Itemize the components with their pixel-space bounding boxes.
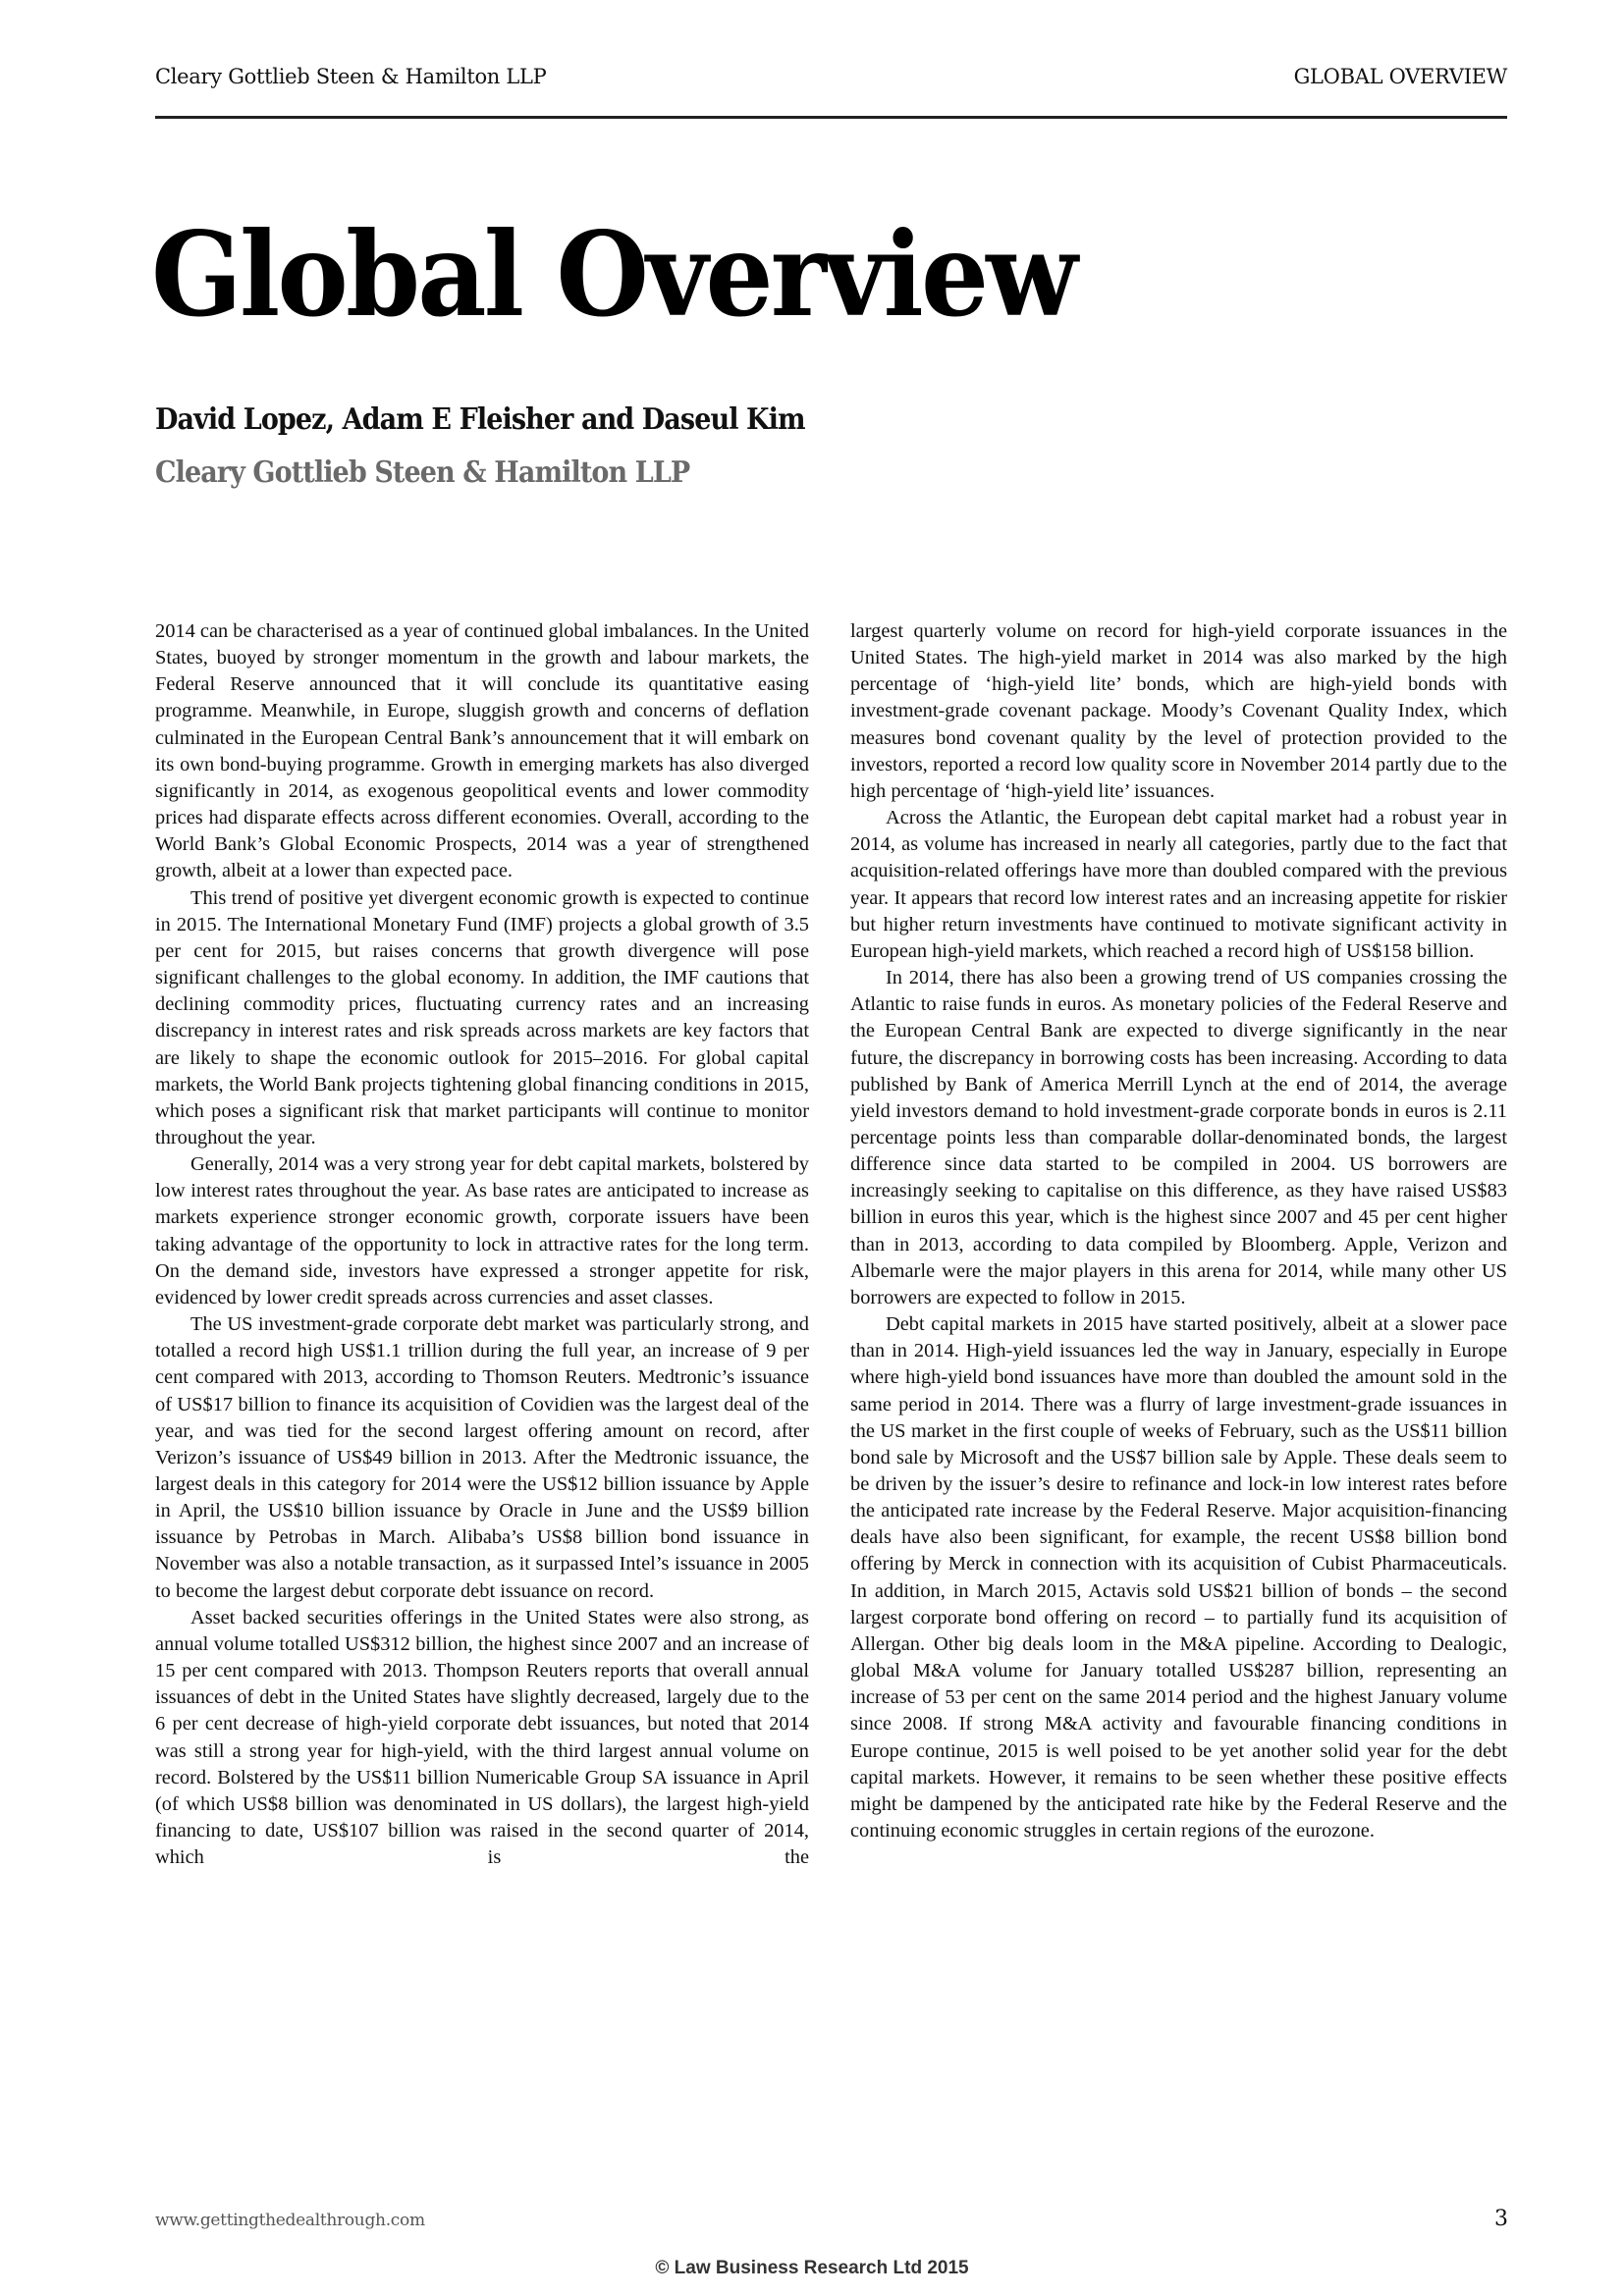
paragraph: largest quarterly volume on record for h… [850, 618, 1507, 805]
copyright-notice: © Law Business Research Ltd 2015 [0, 2258, 1624, 2279]
paragraph: Generally, 2014 was a very strong year f… [155, 1151, 809, 1311]
article-firm: Cleary Gottlieb Steen & Hamilton LLP [155, 454, 689, 493]
page-number: 3 [1494, 2207, 1508, 2231]
footer-website-link[interactable]: www.gettingthedealthrough.com [155, 2211, 425, 2230]
paragraph: Across the Atlantic, the European debt c… [850, 805, 1507, 965]
paragraph: Debt capital markets in 2015 have starte… [850, 1311, 1507, 1844]
header-rule-divider [155, 116, 1507, 119]
header-firm-name: Cleary Gottlieb Steen & Hamilton LLP [155, 65, 547, 88]
paragraph: 2014 can be characterised as a year of c… [155, 618, 809, 885]
paragraph: In 2014, there has also been a growing t… [850, 965, 1507, 1311]
article-authors: David Lopez, Adam E Fleisher and Daseul … [155, 400, 805, 440]
body-column-right: largest quarterly volume on record for h… [850, 618, 1507, 1844]
page-title: Global Overview [151, 206, 1075, 344]
header-section-title: GLOBAL OVERVIEW [1294, 65, 1507, 88]
paragraph: This trend of positive yet divergent eco… [155, 885, 809, 1152]
paragraph: Asset backed securities offerings in the… [155, 1605, 809, 1872]
running-header: Cleary Gottlieb Steen & Hamilton LLP GLO… [155, 65, 1507, 104]
paragraph: The US investment-grade corporate debt m… [155, 1311, 809, 1605]
body-column-left: 2014 can be characterised as a year of c… [155, 618, 809, 1871]
document-page: Cleary Gottlieb Steen & Hamilton LLP GLO… [0, 0, 1624, 2296]
